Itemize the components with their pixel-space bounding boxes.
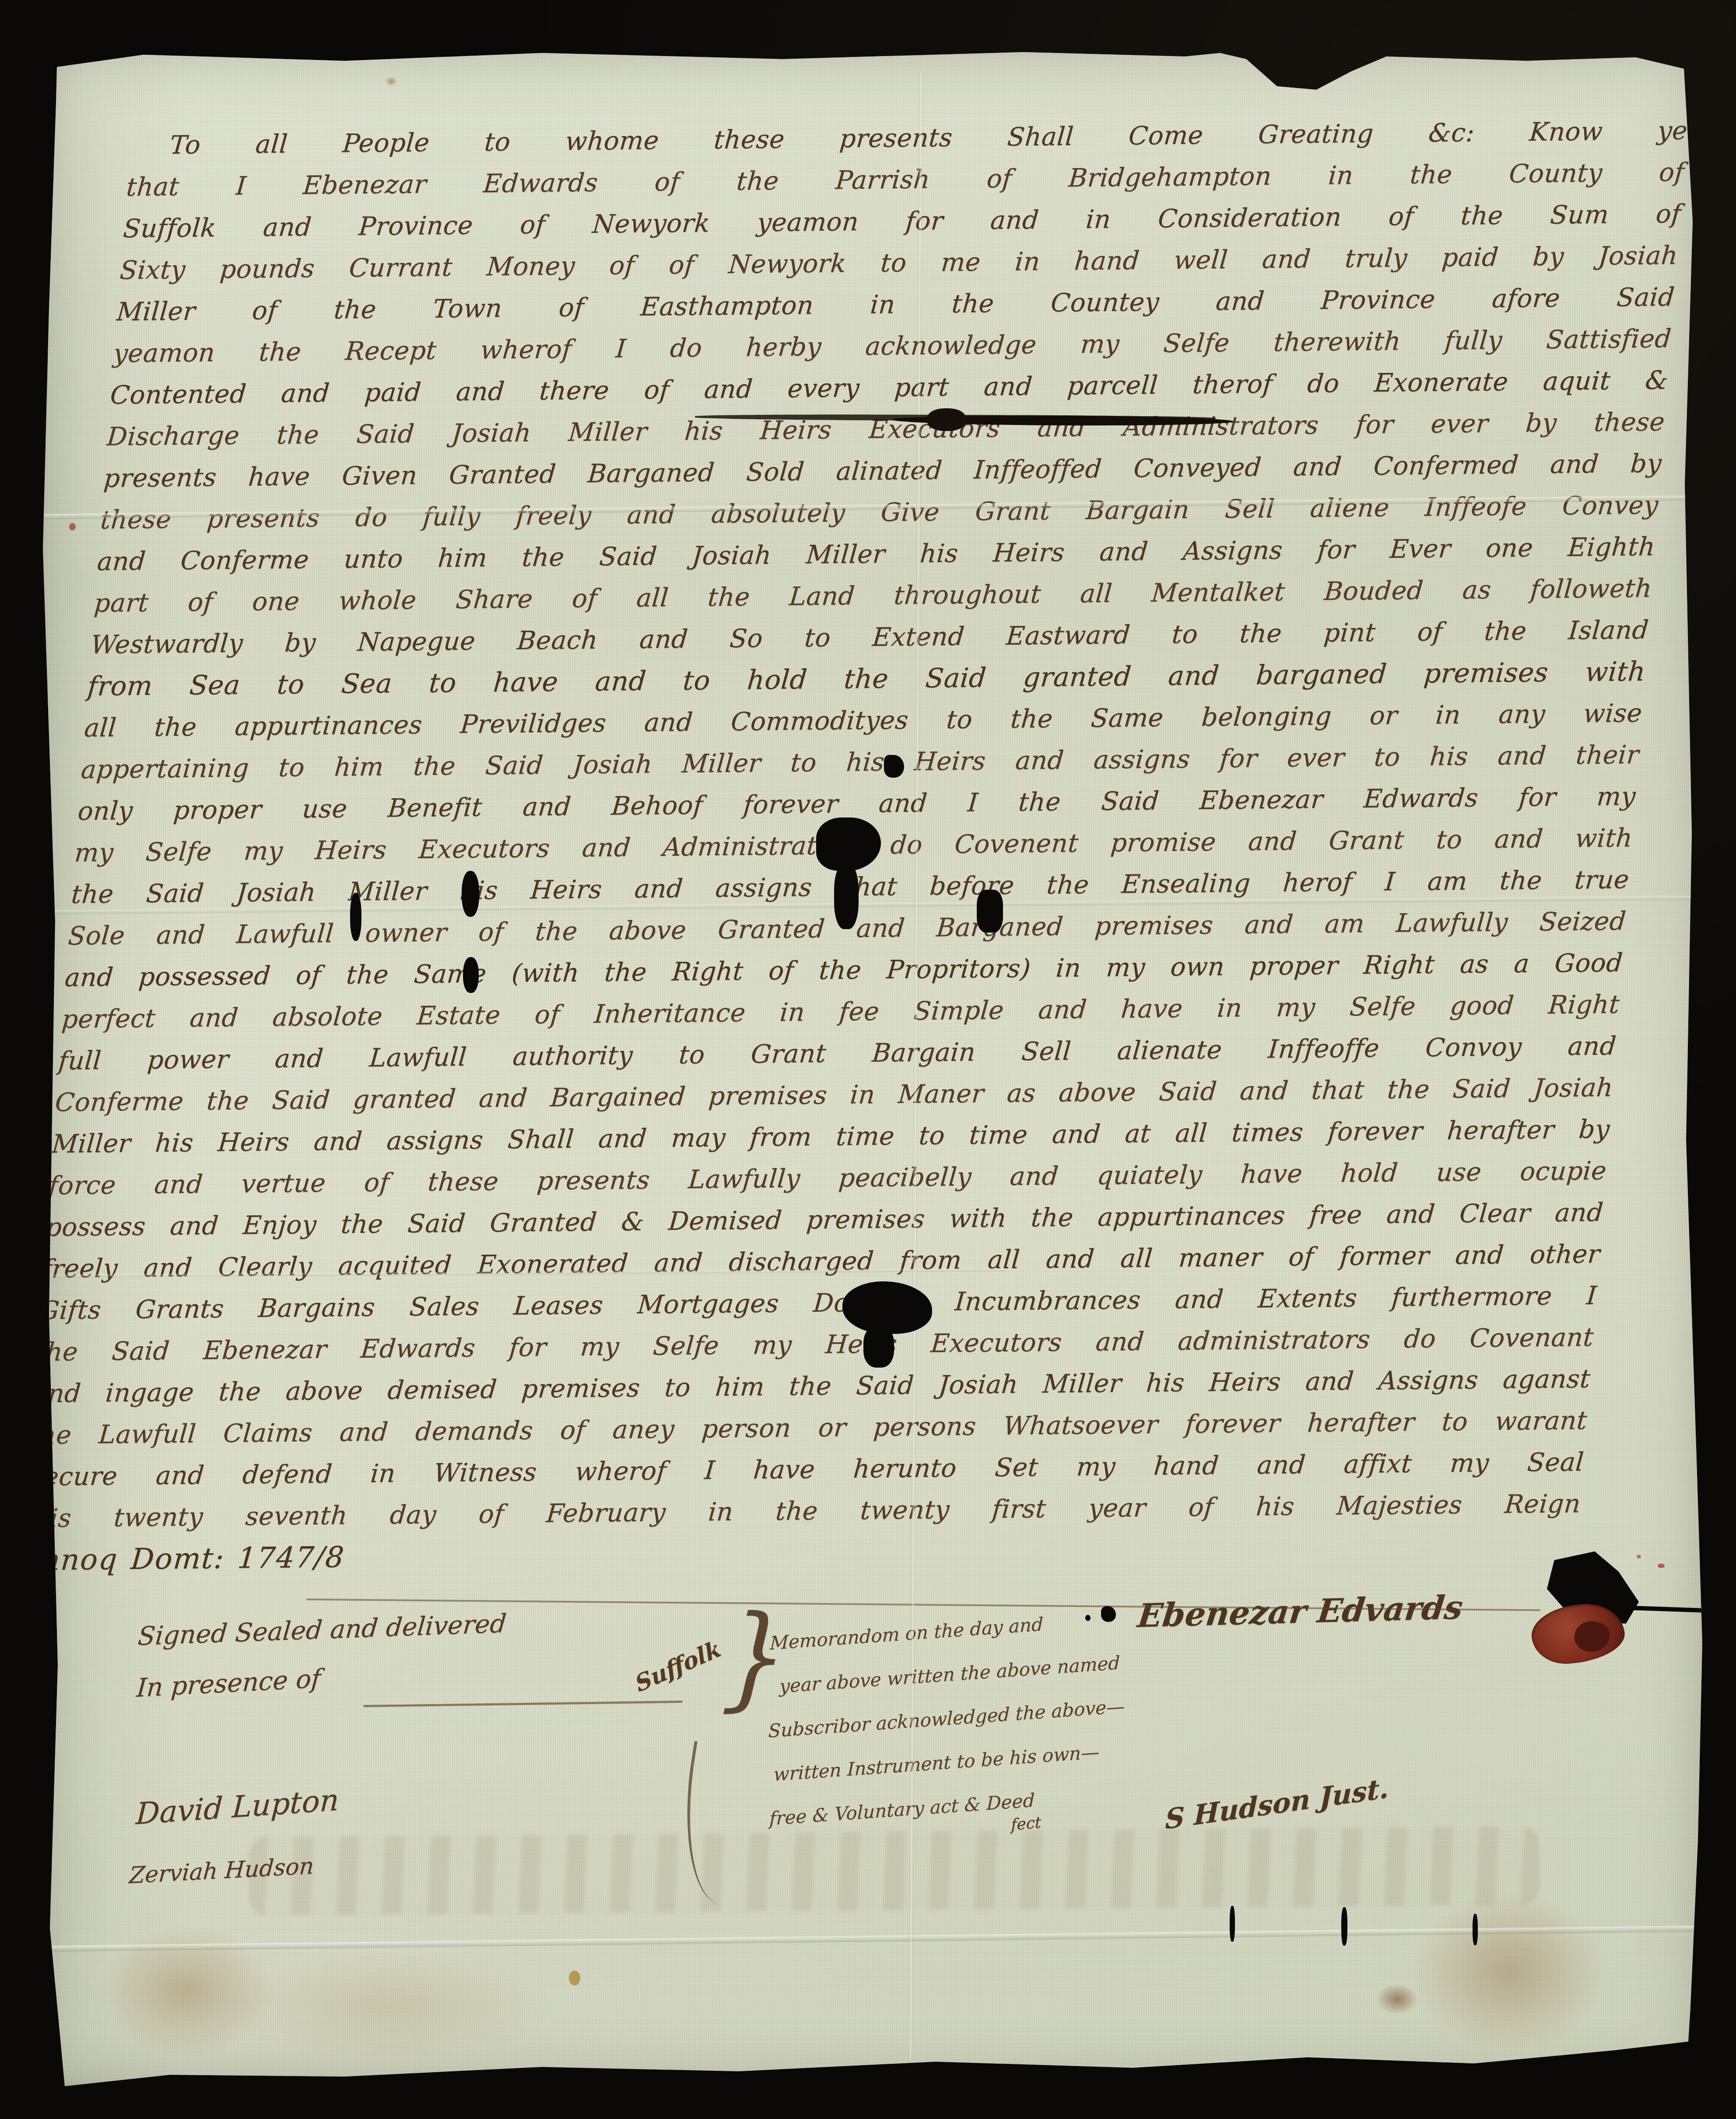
scanner-background: To all People to whome these presents Sh… [0,0,1736,2119]
ink-blot [927,408,966,431]
paper-hole [350,893,361,941]
paper-hole [977,890,1003,933]
paper-speck [385,77,397,86]
in-presence-line: In presence of [136,1663,322,1703]
paper-hole [834,863,859,929]
crease-slit [1473,1914,1478,1945]
paper-hole [884,755,904,778]
crease-slit [1230,1906,1235,1942]
paper-hole [1085,1615,1091,1621]
ink-showthrough [248,1826,1540,1916]
foxing-stain [1378,1985,1417,2014]
paper-speck [69,523,76,530]
paper-speck [569,1971,580,1986]
deed-paper: To all People to whome these presents Sh… [39,46,1706,2087]
paper-hole [1101,1606,1116,1622]
witness-signature: David Lupton [135,1783,340,1832]
paper-hole [463,957,479,993]
foxing-stain [100,1923,275,2059]
memorandum-catchword: fect [1011,1814,1041,1834]
paper-hole [863,1326,894,1368]
wax-speck [1658,1564,1665,1568]
wax-speck [1637,1555,1641,1558]
crease-slit [1341,1907,1347,1946]
county-label: Suffolk [632,1635,724,1698]
pen-flourish-line [363,1701,683,1707]
paper-hole [462,871,479,917]
foxing-stain [1408,1888,1610,2055]
fold-crease [39,1926,1706,1952]
foxing-stain [222,1950,555,2063]
signed-sealed-line: Signed Sealed and delivered [137,1608,508,1651]
